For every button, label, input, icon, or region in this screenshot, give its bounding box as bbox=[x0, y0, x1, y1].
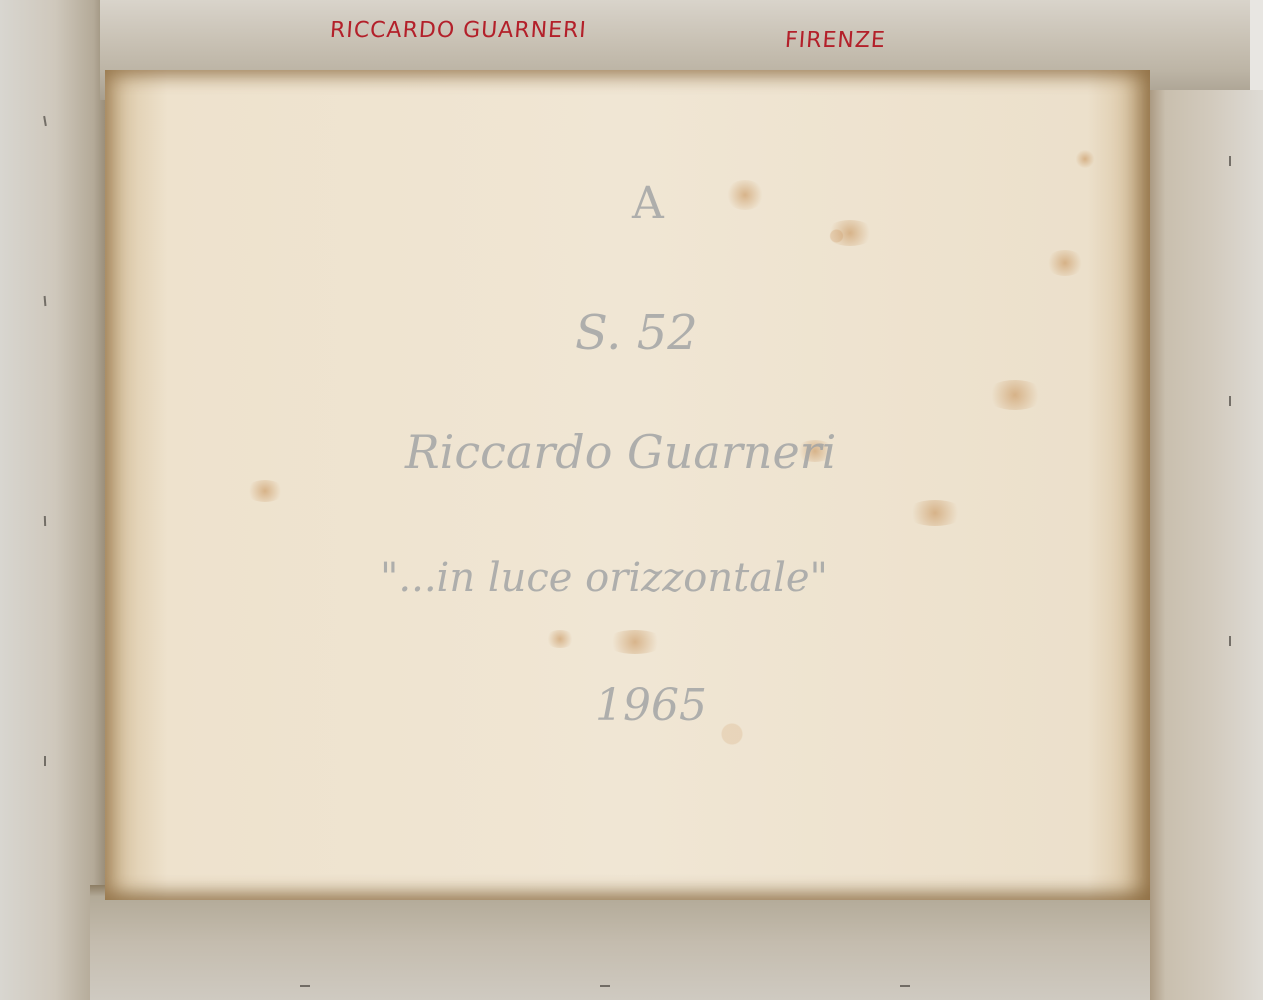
foxing-stain bbox=[545, 630, 575, 648]
pencil-title: "...in luce orizzontale" bbox=[380, 555, 828, 601]
staple bbox=[900, 985, 910, 987]
foxing-stain bbox=[985, 380, 1045, 410]
stretcher-wrap-left bbox=[0, 0, 110, 1000]
pencil-mark-symbol: A bbox=[632, 178, 664, 229]
pencil-signature: Riccardo Guarneri bbox=[405, 425, 836, 479]
pencil-year: 1965 bbox=[595, 680, 707, 731]
foxing-stain bbox=[245, 480, 285, 502]
foxing-stain bbox=[1075, 150, 1095, 168]
foxing-stain bbox=[605, 630, 665, 654]
stretcher-wrap-bottom bbox=[90, 885, 1150, 1000]
staple bbox=[44, 756, 46, 766]
staple bbox=[300, 985, 310, 987]
staple bbox=[44, 516, 46, 526]
pencil-number: S. 52 bbox=[575, 305, 698, 361]
foxing-stain bbox=[725, 180, 765, 210]
foxing-stain bbox=[1045, 250, 1085, 276]
staple bbox=[1229, 396, 1231, 406]
canvas-panel bbox=[105, 70, 1150, 900]
staple bbox=[1229, 636, 1231, 646]
foxing-stain bbox=[825, 220, 875, 246]
staple bbox=[600, 985, 610, 987]
artist-name-red-ink: RICCARDO GUARNERI bbox=[329, 18, 587, 43]
city-red-ink: FIRENZE bbox=[784, 28, 887, 53]
staple bbox=[1229, 156, 1231, 166]
canvas-back-photo: RICCARDO GUARNERI FIRENZE A S. 52 Riccar… bbox=[0, 0, 1263, 1000]
foxing-stain bbox=[905, 500, 965, 526]
stretcher-wrap-right bbox=[1133, 90, 1263, 1000]
